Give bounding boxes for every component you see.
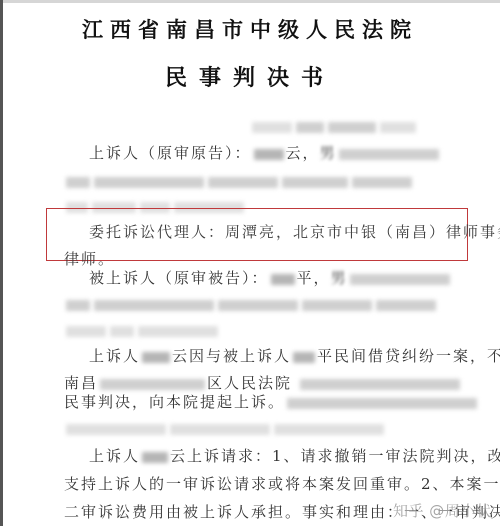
- redacted-case-detail: [64, 418, 386, 438]
- case-intro-line: 上诉人云因与被上诉人平民间借贷纠纷一案，不服: [89, 346, 500, 366]
- agent-line-1: 委托诉讼代理人：周潭亮，北京市中银（南昌）律师事务所: [89, 222, 500, 242]
- case-judgment-line: 民事判决，向本院提起上诉。: [64, 392, 479, 412]
- document-page: 江西省南昌市中级人民法院 民事判决书 上诉人（原审原告）：云，男 委托诉讼代理人…: [0, 0, 500, 526]
- appellee-line: 被上诉人（原审被告）：平，男: [89, 268, 452, 288]
- agent-line-2: 律师。: [64, 249, 115, 269]
- redacted-case-number: [250, 116, 418, 136]
- claims-line-2: 支持上诉人的一审诉讼请求或将本案发回重审。2、本案一审、: [64, 474, 500, 494]
- case-court-line: 南昌区人民法院: [64, 373, 462, 393]
- court-name-heading: 江西省南昌市中级人民法院: [0, 14, 500, 44]
- appellee-label: 被上诉人（原审被告）：: [89, 269, 269, 287]
- redacted-appellee-detail-1: [64, 294, 438, 314]
- claims-line-1: 上诉人云上诉请求：1、请求撤销一审法院判决，改判: [89, 446, 500, 466]
- appellee-name: 平，: [297, 269, 331, 287]
- page-top-border: [0, 0, 500, 3]
- zhihu-watermark: 知乎 @周小状: [393, 500, 491, 521]
- document-type-heading: 民事判决书: [0, 61, 500, 92]
- redacted-appellee-detail-2: [64, 320, 220, 340]
- redacted-appellant-detail-1: [64, 171, 414, 191]
- appellant-line: 上诉人（原审原告）：云，男: [89, 143, 441, 163]
- appellant-name: 云，: [286, 144, 320, 162]
- appellant-label: 上诉人（原审原告）：: [89, 144, 252, 162]
